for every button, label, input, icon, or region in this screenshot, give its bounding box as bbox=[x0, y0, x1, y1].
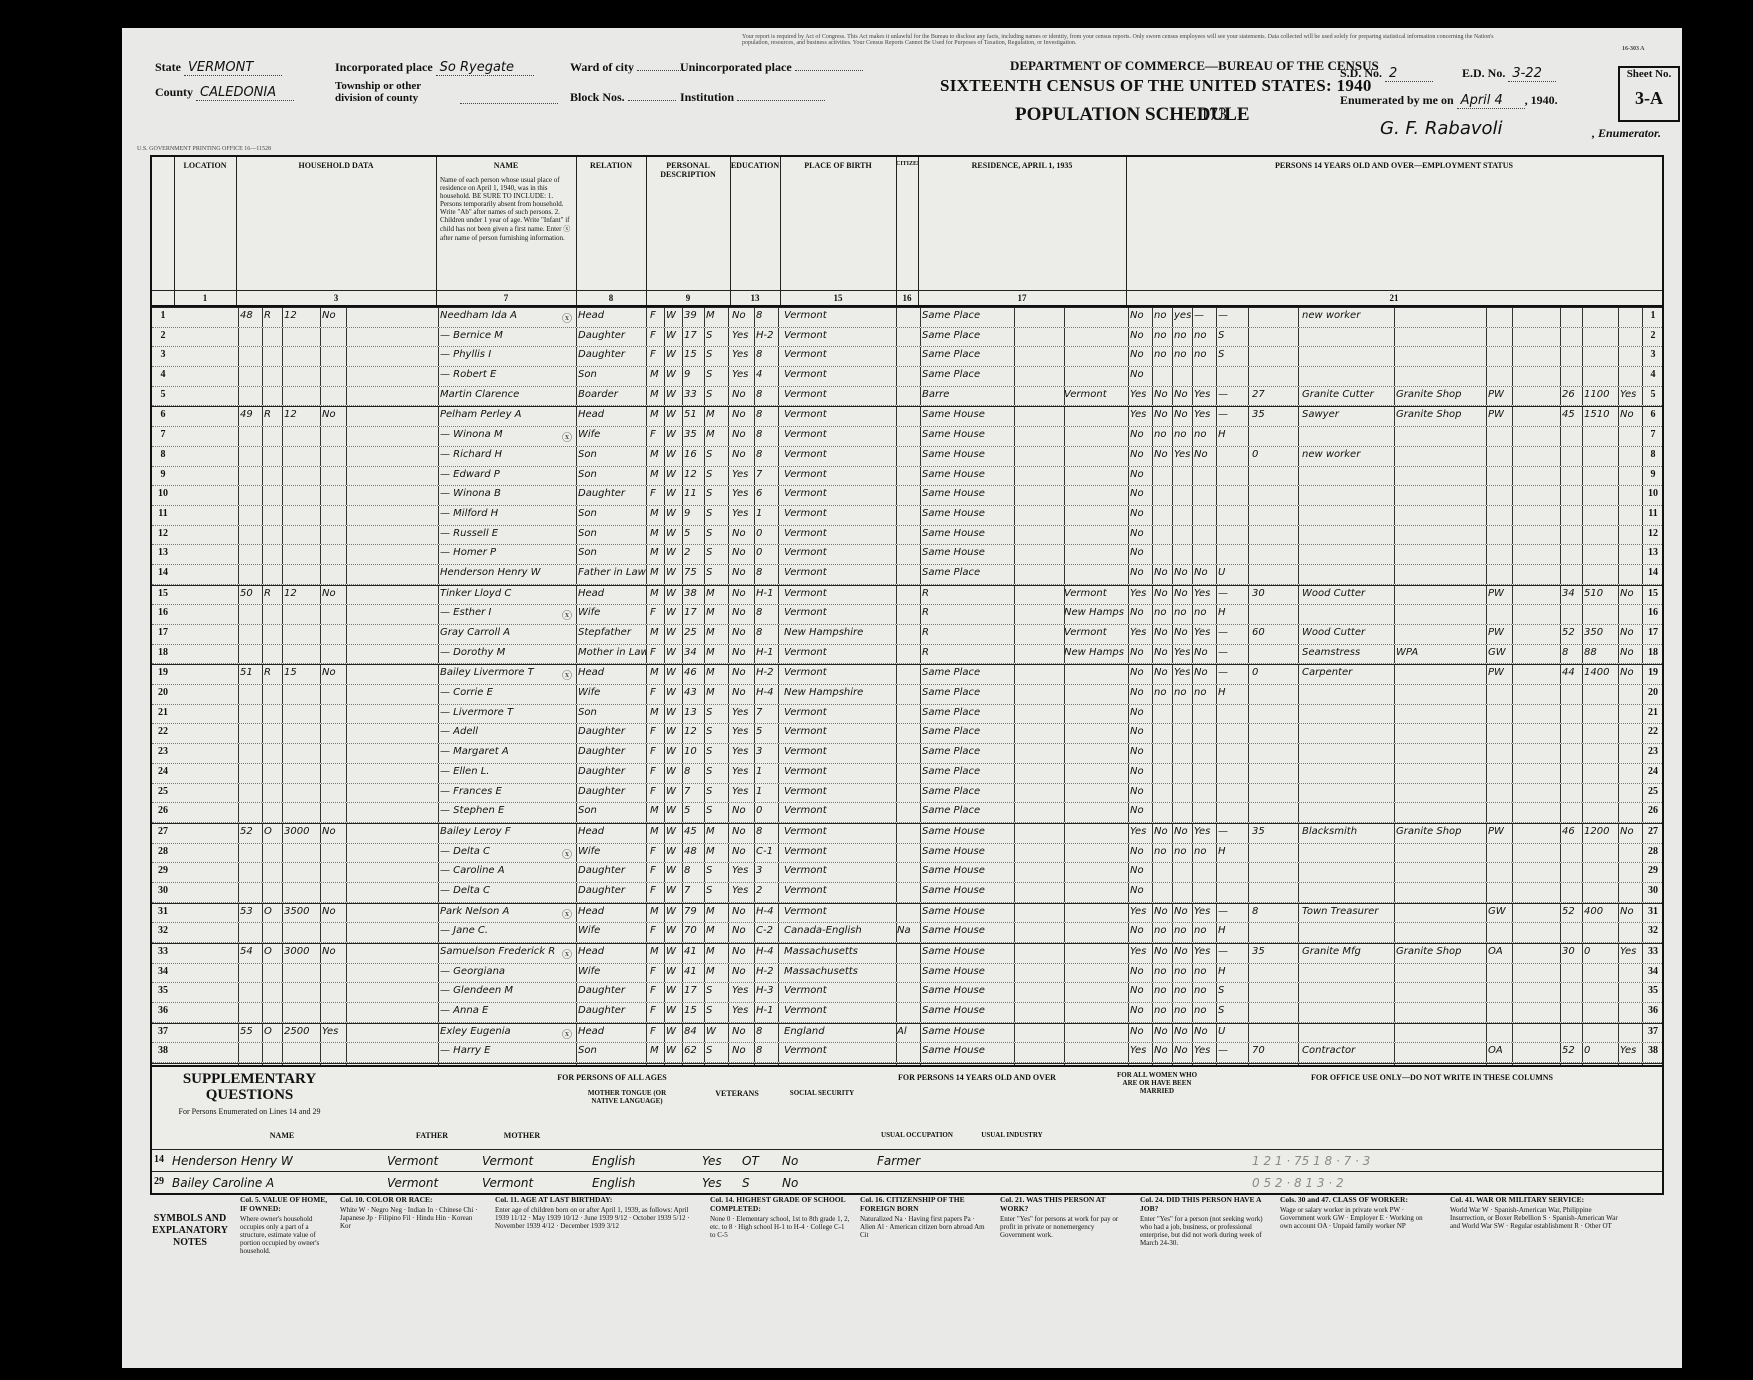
column-divider bbox=[1394, 705, 1395, 724]
column-divider bbox=[1014, 824, 1015, 843]
column-divider bbox=[238, 367, 239, 386]
cell-c23: No bbox=[1174, 389, 1192, 400]
cell-c23: no bbox=[1174, 1005, 1192, 1016]
column-divider bbox=[1192, 486, 1193, 505]
column-divider bbox=[576, 427, 577, 446]
column-divider bbox=[1618, 803, 1619, 822]
column-divider bbox=[754, 308, 755, 327]
column-divider bbox=[920, 605, 921, 624]
column-divider bbox=[1152, 506, 1153, 525]
column-divider bbox=[1582, 923, 1583, 942]
column-divider bbox=[646, 724, 647, 743]
cell-sex: F bbox=[650, 966, 664, 977]
column-divider bbox=[1152, 665, 1153, 684]
column-divider bbox=[1014, 328, 1015, 347]
cell-race: W bbox=[666, 766, 682, 777]
column-divider bbox=[1618, 904, 1619, 923]
column-divider bbox=[664, 764, 665, 783]
cell-rel: Daughter bbox=[578, 746, 646, 757]
column-divider bbox=[778, 1003, 779, 1022]
column-divider bbox=[728, 685, 729, 704]
cell-school: No bbox=[732, 906, 754, 917]
column-divider bbox=[282, 923, 283, 942]
column-divider bbox=[1486, 586, 1487, 605]
column-divider bbox=[1248, 605, 1249, 624]
column-divider bbox=[1216, 308, 1217, 327]
cell-rel: Wife bbox=[578, 846, 646, 857]
column-divider bbox=[1512, 486, 1513, 505]
column-divider bbox=[1394, 824, 1395, 843]
cell-name: — Harry E bbox=[440, 1045, 575, 1056]
column-divider bbox=[1582, 764, 1583, 783]
cell-sex: F bbox=[650, 766, 664, 777]
cell-school: No bbox=[732, 588, 754, 599]
column-divider bbox=[1128, 447, 1129, 466]
cell-school: No bbox=[732, 687, 754, 698]
cell-sex: M bbox=[650, 547, 664, 558]
column-divider bbox=[438, 983, 439, 1002]
column-divider bbox=[282, 645, 283, 664]
cell-ms: S bbox=[706, 528, 724, 539]
cell-grade: 0 bbox=[756, 805, 778, 816]
column-divider bbox=[1298, 506, 1299, 525]
cell-sex: M bbox=[650, 469, 664, 480]
column-divider bbox=[1192, 447, 1193, 466]
cell-line: 10 bbox=[1644, 488, 1662, 499]
cell-age: 39 bbox=[684, 310, 704, 321]
column-divider bbox=[346, 883, 347, 902]
column-divider bbox=[754, 764, 755, 783]
cell-school: No bbox=[732, 567, 754, 578]
cell-race: W bbox=[666, 349, 682, 360]
column-divider bbox=[646, 486, 647, 505]
cell-age: 17 bbox=[684, 607, 704, 618]
cell-ms: S bbox=[706, 766, 724, 777]
column-divider bbox=[646, 347, 647, 366]
column-divider bbox=[1014, 705, 1015, 724]
column-divider bbox=[1172, 944, 1173, 963]
column-divider bbox=[1512, 983, 1513, 1002]
column-divider bbox=[664, 506, 665, 525]
column-divider bbox=[1512, 705, 1513, 724]
column-divider bbox=[1128, 724, 1129, 743]
column-divider bbox=[320, 347, 321, 366]
column-divider bbox=[1298, 605, 1299, 624]
cell-c25: — bbox=[1218, 409, 1234, 420]
cell-rel: Father in Law bbox=[578, 567, 646, 578]
column-divider bbox=[754, 447, 755, 466]
cell-cls: PW bbox=[1488, 409, 1510, 420]
column-divider bbox=[1560, 645, 1561, 664]
column-divider bbox=[282, 863, 283, 882]
cell-name: — Georgiana bbox=[440, 966, 575, 977]
cell-c24: No bbox=[1194, 1026, 1216, 1037]
column-divider bbox=[1216, 427, 1217, 446]
column-divider bbox=[896, 308, 897, 327]
column-divider bbox=[346, 685, 347, 704]
column-divider bbox=[1394, 784, 1395, 803]
column-divider bbox=[1512, 367, 1513, 386]
column-divider bbox=[1582, 685, 1583, 704]
column-divider bbox=[346, 486, 347, 505]
column-divider bbox=[1192, 367, 1193, 386]
cell-line: 18 bbox=[152, 647, 174, 658]
column-divider bbox=[320, 625, 321, 644]
cell-ms: S bbox=[706, 389, 724, 400]
supp-row: 14 Henderson Henry W Vermont Vermont Eng… bbox=[152, 1149, 1662, 1172]
column-divider bbox=[896, 904, 897, 923]
column-divider bbox=[1394, 526, 1395, 545]
column-divider bbox=[1064, 506, 1065, 525]
cell-line: 28 bbox=[152, 846, 174, 857]
column-divider bbox=[704, 685, 705, 704]
cell-race: W bbox=[666, 985, 682, 996]
cell-birth: Vermont bbox=[784, 488, 894, 499]
column-divider bbox=[664, 605, 665, 624]
column-divider bbox=[1152, 685, 1153, 704]
column-divider bbox=[1128, 744, 1129, 763]
column-divider bbox=[1216, 645, 1217, 664]
column-divider bbox=[1486, 803, 1487, 822]
column-divider bbox=[1618, 506, 1619, 525]
cell-name: Tinker Lloyd C bbox=[440, 588, 575, 599]
cell-farm: No bbox=[322, 946, 346, 957]
column-divider bbox=[1172, 506, 1173, 525]
column-divider bbox=[576, 923, 577, 942]
schedule-rows: 148R12NoNeedham Ida AHeadFW39MNo8Vermont… bbox=[152, 307, 1662, 1104]
printing-office: U.S. GOVERNMENT PRINTING OFFICE 16—11528 bbox=[137, 146, 271, 152]
column-divider bbox=[1152, 308, 1153, 327]
column-divider bbox=[320, 367, 321, 386]
column-divider bbox=[1216, 387, 1217, 406]
cell-ms: S bbox=[706, 488, 724, 499]
column-divider bbox=[1298, 685, 1299, 704]
cell-sex: F bbox=[650, 687, 664, 698]
column-divider bbox=[1486, 724, 1487, 743]
cell-line: 3 bbox=[1644, 349, 1662, 360]
cell-c24: Yes bbox=[1194, 946, 1216, 957]
cell-race: W bbox=[666, 607, 682, 618]
column-divider bbox=[896, 944, 897, 963]
cell-c22: No bbox=[1154, 567, 1172, 578]
cell-sex: M bbox=[650, 946, 664, 957]
column-divider bbox=[1618, 545, 1619, 564]
cell-race: W bbox=[666, 667, 682, 678]
cell-c21: No bbox=[1130, 330, 1152, 341]
column-divider bbox=[1618, 685, 1619, 704]
column-divider bbox=[1014, 944, 1015, 963]
cell-res: Same House bbox=[922, 985, 1012, 996]
column-divider bbox=[262, 328, 263, 347]
column-divider bbox=[896, 1003, 897, 1022]
column-divider bbox=[1064, 645, 1065, 664]
column-divider bbox=[1486, 744, 1487, 763]
informant-mark-icon: ⓧ bbox=[562, 1026, 572, 1041]
column-divider bbox=[1618, 764, 1619, 783]
column-divider bbox=[1128, 545, 1129, 564]
column-divider bbox=[320, 883, 321, 902]
column-divider bbox=[320, 904, 321, 923]
column-divider bbox=[646, 923, 647, 942]
column-divider bbox=[1560, 724, 1561, 743]
column-divider bbox=[728, 705, 729, 724]
cell-rel: Head bbox=[578, 667, 646, 678]
column-divider bbox=[778, 427, 779, 446]
column-divider bbox=[1560, 744, 1561, 763]
column-divider bbox=[704, 904, 705, 923]
column-divider bbox=[320, 565, 321, 584]
column-divider bbox=[1298, 883, 1299, 902]
cell-name: — Livermore T bbox=[440, 707, 575, 718]
column-divider bbox=[1560, 944, 1561, 963]
column-divider bbox=[1618, 983, 1619, 1002]
column-divider bbox=[1128, 308, 1129, 327]
column-divider bbox=[262, 367, 263, 386]
column-divider bbox=[1618, 367, 1619, 386]
column-divider bbox=[1248, 625, 1249, 644]
column-divider bbox=[682, 803, 683, 822]
cell-birth: Vermont bbox=[784, 865, 894, 876]
column-divider bbox=[1298, 665, 1299, 684]
cell-c22: No bbox=[1154, 627, 1172, 638]
column-divider bbox=[1172, 904, 1173, 923]
column-divider bbox=[664, 387, 665, 406]
cell-school: Yes bbox=[732, 469, 754, 480]
cell-farm: No bbox=[322, 667, 346, 678]
column-divider bbox=[1512, 387, 1513, 406]
column-divider bbox=[778, 565, 779, 584]
cell-occ: new worker bbox=[1302, 449, 1394, 460]
column-divider bbox=[1192, 526, 1193, 545]
cell-grade: 5 bbox=[756, 726, 778, 737]
column-divider bbox=[646, 883, 647, 902]
cell-line: 37 bbox=[152, 1026, 174, 1037]
column-divider bbox=[346, 427, 347, 446]
cell-sex: M bbox=[650, 805, 664, 816]
column-divider bbox=[728, 803, 729, 822]
cell-school: No bbox=[732, 409, 754, 420]
cell-c24: Yes bbox=[1194, 627, 1216, 638]
column-divider bbox=[262, 1043, 263, 1062]
column-divider bbox=[438, 447, 439, 466]
column-divider bbox=[1014, 904, 1015, 923]
column-divider bbox=[1298, 565, 1299, 584]
cell-c25: — bbox=[1218, 1045, 1234, 1056]
cell-res: R bbox=[922, 588, 1012, 599]
column-divider bbox=[1248, 803, 1249, 822]
column-divider bbox=[1014, 923, 1015, 942]
column-divider bbox=[646, 904, 647, 923]
supp-header-veterans: VETERANS bbox=[697, 1089, 777, 1098]
cell-rel: Head bbox=[578, 310, 646, 321]
column-divider bbox=[1064, 328, 1065, 347]
column-divider bbox=[778, 724, 779, 743]
note: Col. 16. CITIZENSHIP OF THE FOREIGN BORN… bbox=[860, 1195, 990, 1239]
cell-birth: Vermont bbox=[784, 588, 894, 599]
cell-line: 25 bbox=[1644, 786, 1662, 797]
symbols-title: SYMBOLS AND EXPLANATORY NOTES bbox=[150, 1213, 230, 1249]
column-divider bbox=[1512, 863, 1513, 882]
column-divider bbox=[1064, 447, 1065, 466]
cell-birth: Vermont bbox=[784, 826, 894, 837]
column-divider bbox=[704, 803, 705, 822]
column-divider bbox=[754, 944, 755, 963]
column-divider bbox=[1128, 506, 1129, 525]
column-divider bbox=[1064, 764, 1065, 783]
column-divider bbox=[646, 824, 647, 843]
column-divider bbox=[1172, 625, 1173, 644]
column-divider bbox=[1486, 605, 1487, 624]
column-divider bbox=[576, 347, 577, 366]
cell-hh: 49 bbox=[240, 409, 262, 420]
column-divider bbox=[1298, 625, 1299, 644]
cell-c22: No bbox=[1154, 1045, 1172, 1056]
column-divider bbox=[1560, 705, 1561, 724]
cell-birth: Vermont bbox=[784, 567, 894, 578]
cell-c25: — bbox=[1218, 627, 1234, 638]
cell-ind: WPA bbox=[1396, 647, 1486, 658]
column-divider bbox=[1248, 486, 1249, 505]
cell-c23: No bbox=[1174, 409, 1192, 420]
cell-c25: H bbox=[1218, 607, 1234, 618]
column-divider bbox=[1128, 764, 1129, 783]
column-divider bbox=[1172, 545, 1173, 564]
column-divider bbox=[1642, 367, 1643, 386]
cell-line: 37 bbox=[1644, 1026, 1662, 1037]
column-divider bbox=[576, 486, 577, 505]
column-divider bbox=[1486, 506, 1487, 525]
column-divider bbox=[1582, 486, 1583, 505]
column-divider bbox=[1298, 387, 1299, 406]
cell-race: W bbox=[666, 687, 682, 698]
table-row: 20— Corrie EWifeFW43MNoH-4New HampshireS… bbox=[152, 685, 1662, 705]
cell-c21: No bbox=[1130, 925, 1152, 936]
column-divider bbox=[346, 983, 347, 1002]
column-divider bbox=[1128, 565, 1129, 584]
cell-race: W bbox=[666, 846, 682, 857]
column-divider bbox=[320, 447, 321, 466]
cell-age: 11 bbox=[684, 488, 704, 499]
cell-name: — Phyllis I bbox=[440, 349, 575, 360]
cell-c21: No bbox=[1130, 985, 1152, 996]
cell-line: 31 bbox=[1644, 906, 1662, 917]
column-divider bbox=[1618, 944, 1619, 963]
cell-sex: M bbox=[650, 667, 664, 678]
cell-own: R bbox=[264, 310, 282, 321]
column-divider bbox=[346, 586, 347, 605]
column-divider bbox=[664, 844, 665, 863]
cell-c22: No bbox=[1154, 409, 1172, 420]
column-divider bbox=[778, 883, 779, 902]
column-divider bbox=[238, 705, 239, 724]
column-divider bbox=[1486, 526, 1487, 545]
cell-c25: — bbox=[1218, 389, 1234, 400]
column-divider bbox=[262, 705, 263, 724]
column-divider bbox=[1064, 784, 1065, 803]
cell-rel: Head bbox=[578, 588, 646, 599]
column-divider bbox=[1014, 506, 1015, 525]
column-divider bbox=[1014, 744, 1015, 763]
cell-c24: No bbox=[1194, 449, 1216, 460]
column-divider bbox=[778, 685, 779, 704]
unincorporated-field: Unincorporated place bbox=[680, 60, 863, 75]
cell-race: W bbox=[666, 1026, 682, 1037]
sd-field: S.D. No. 2 bbox=[1340, 66, 1433, 82]
cell-race: W bbox=[666, 946, 682, 957]
cell-inc: 0 bbox=[1584, 946, 1618, 957]
column-divider bbox=[1512, 407, 1513, 426]
column-divider bbox=[754, 883, 755, 902]
cell-line: 2 bbox=[1644, 330, 1662, 341]
column-divider bbox=[896, 467, 897, 486]
cell-res: Same House bbox=[922, 429, 1012, 440]
cell-ms: M bbox=[706, 925, 724, 936]
cell-birth: Vermont bbox=[784, 805, 894, 816]
column-divider bbox=[282, 427, 283, 446]
cell-res: Same House bbox=[922, 906, 1012, 917]
cell-farm: No bbox=[322, 310, 346, 321]
column-divider bbox=[1172, 744, 1173, 763]
cell-school: No bbox=[732, 449, 754, 460]
column-divider bbox=[576, 944, 577, 963]
cell-c25: H bbox=[1218, 925, 1234, 936]
column-divider bbox=[1582, 526, 1583, 545]
cell-hh: 55 bbox=[240, 1026, 262, 1037]
cell-race: W bbox=[666, 508, 682, 519]
column-divider bbox=[1618, 744, 1619, 763]
column-divider bbox=[1560, 803, 1561, 822]
column-divider bbox=[1298, 347, 1299, 366]
column-divider bbox=[1618, 565, 1619, 584]
column-divider bbox=[920, 705, 921, 724]
cell-birth: Vermont bbox=[784, 310, 894, 321]
column-divider bbox=[920, 506, 921, 525]
cell-val: 15 bbox=[284, 667, 320, 678]
column-divider bbox=[1618, 665, 1619, 684]
column-divider bbox=[1064, 844, 1065, 863]
supp-header-social-security: SOCIAL SECURITY bbox=[782, 1089, 862, 1097]
column-divider bbox=[282, 1024, 283, 1043]
cell-age: 8 bbox=[684, 865, 704, 876]
column-divider bbox=[1172, 387, 1173, 406]
column-divider bbox=[1486, 883, 1487, 902]
column-divider bbox=[1128, 964, 1129, 983]
column-divider bbox=[320, 803, 321, 822]
column-divider bbox=[896, 506, 897, 525]
column-divider bbox=[1486, 1024, 1487, 1043]
township-value bbox=[460, 93, 558, 108]
column-divider bbox=[920, 1043, 921, 1062]
column-divider bbox=[1298, 904, 1299, 923]
column-divider bbox=[754, 427, 755, 446]
column-divider bbox=[238, 645, 239, 664]
column-divider bbox=[646, 308, 647, 327]
column-divider bbox=[262, 407, 263, 426]
column-divider bbox=[1152, 486, 1153, 505]
column-divider bbox=[1152, 1024, 1153, 1043]
column-divider bbox=[1642, 645, 1643, 664]
column-divider bbox=[1064, 427, 1065, 446]
column-divider bbox=[664, 685, 665, 704]
column-divider bbox=[1152, 923, 1153, 942]
column-divider bbox=[1152, 964, 1153, 983]
column-divider bbox=[1512, 308, 1513, 327]
column-divider bbox=[1248, 1024, 1249, 1043]
column-divider bbox=[1642, 803, 1643, 822]
column-divider bbox=[1486, 964, 1487, 983]
column-divider bbox=[920, 367, 921, 386]
column-divider bbox=[1298, 467, 1299, 486]
